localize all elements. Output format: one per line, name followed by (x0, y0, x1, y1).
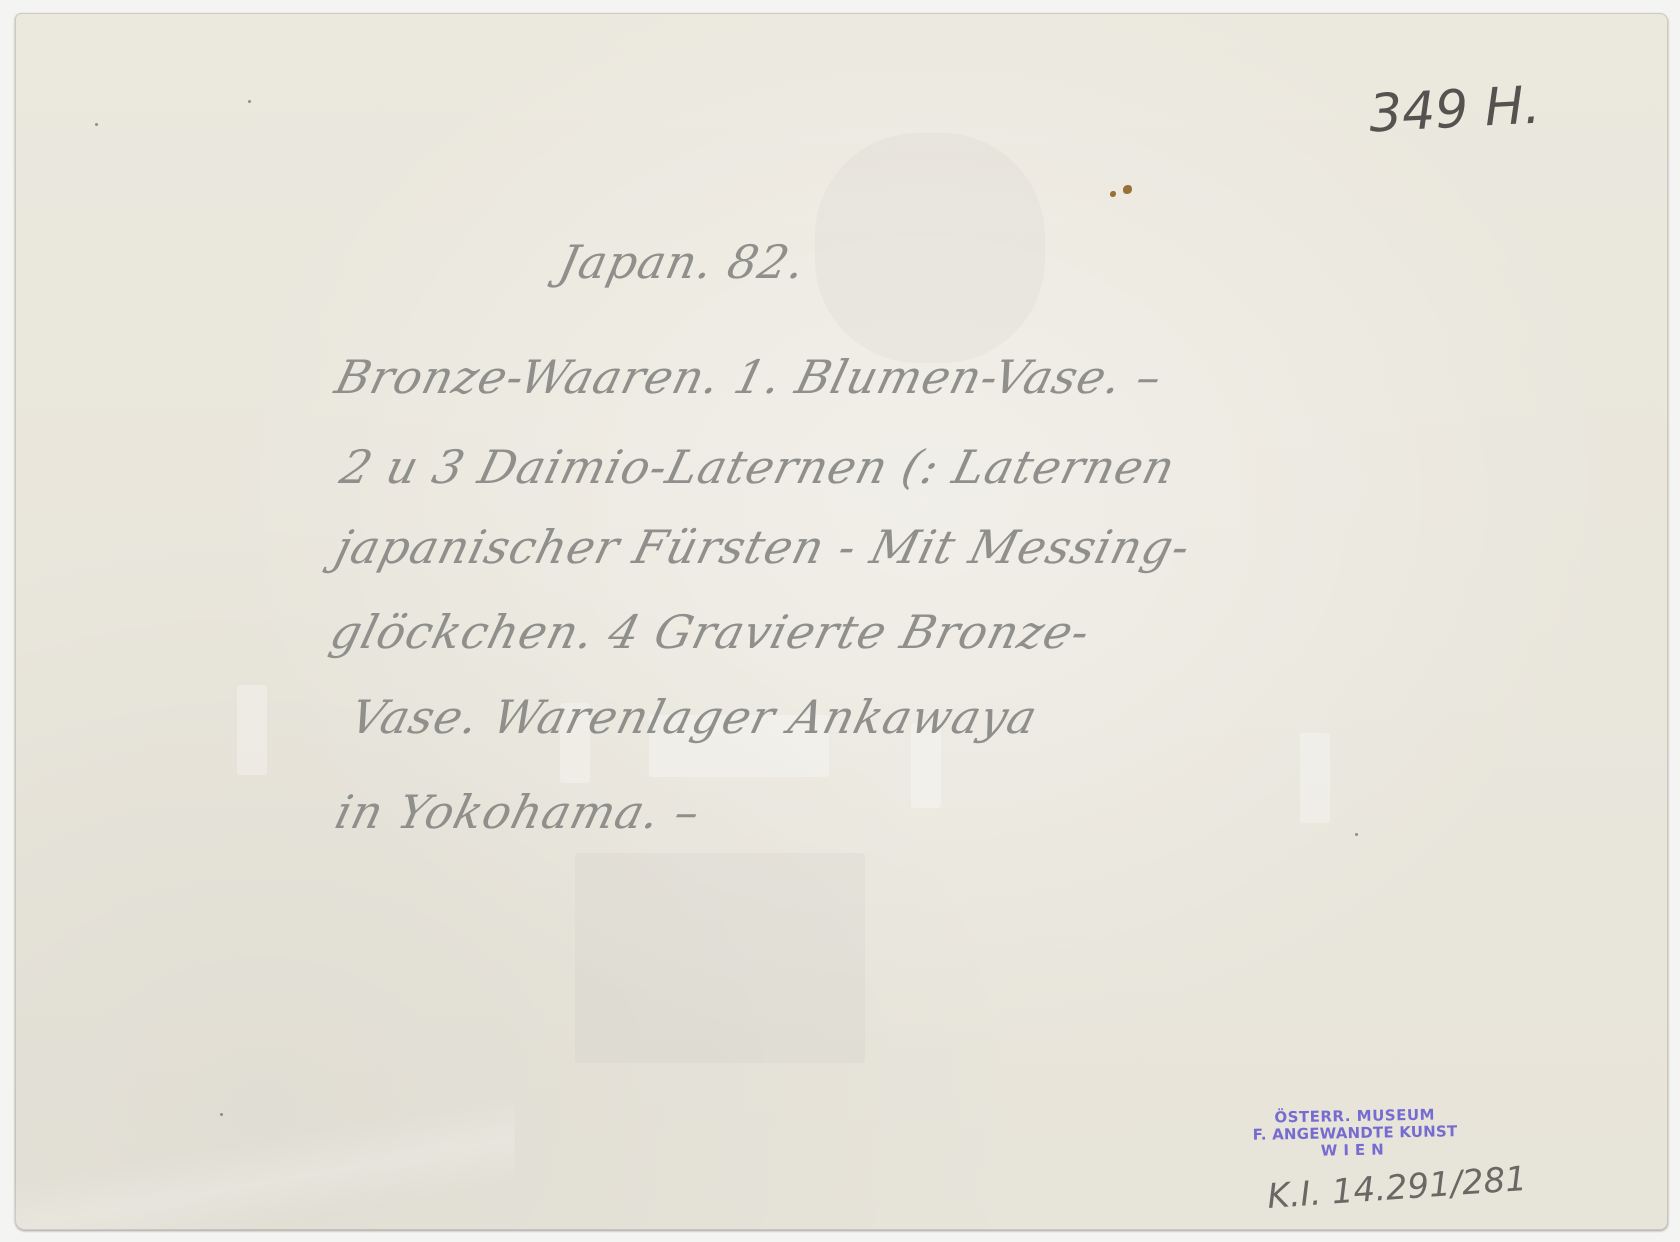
rust-stain (1110, 191, 1116, 197)
show-through-vase (575, 853, 865, 1063)
note-line-2: 2 u 3 Daimio-Laternen (: Laternen (335, 440, 1181, 494)
rust-stain (1123, 185, 1132, 194)
note-line-1: Bronze-Waaren. 1. Blumen-Vase. – (330, 350, 1168, 404)
show-through-label-1 (237, 685, 267, 775)
note-header: Japan. 82. (554, 235, 810, 289)
paper-speck (1355, 833, 1358, 836)
show-through-lantern (815, 133, 1045, 363)
note-line-3: japanischer Fürsten - Mit Messing- (330, 520, 1196, 574)
paper-speck (248, 100, 251, 103)
note-line-4: glöckchen. 4 Gravierte Bronze- (325, 605, 1096, 659)
paper-speck (220, 1113, 223, 1116)
show-through-label-4 (1300, 733, 1330, 823)
paper-crease (15, 1090, 515, 1230)
museum-stamp: ÖSTERR. MUSEUM F. ANGEWANDTE KUNST WIEN (1240, 1106, 1471, 1161)
catalog-number: 349 H. (1367, 76, 1541, 145)
note-line-5: Vase. Warenlager Ankawaya (345, 690, 1043, 744)
note-line-6: in Yokohama. – (330, 785, 706, 839)
paper-speck (95, 123, 98, 126)
